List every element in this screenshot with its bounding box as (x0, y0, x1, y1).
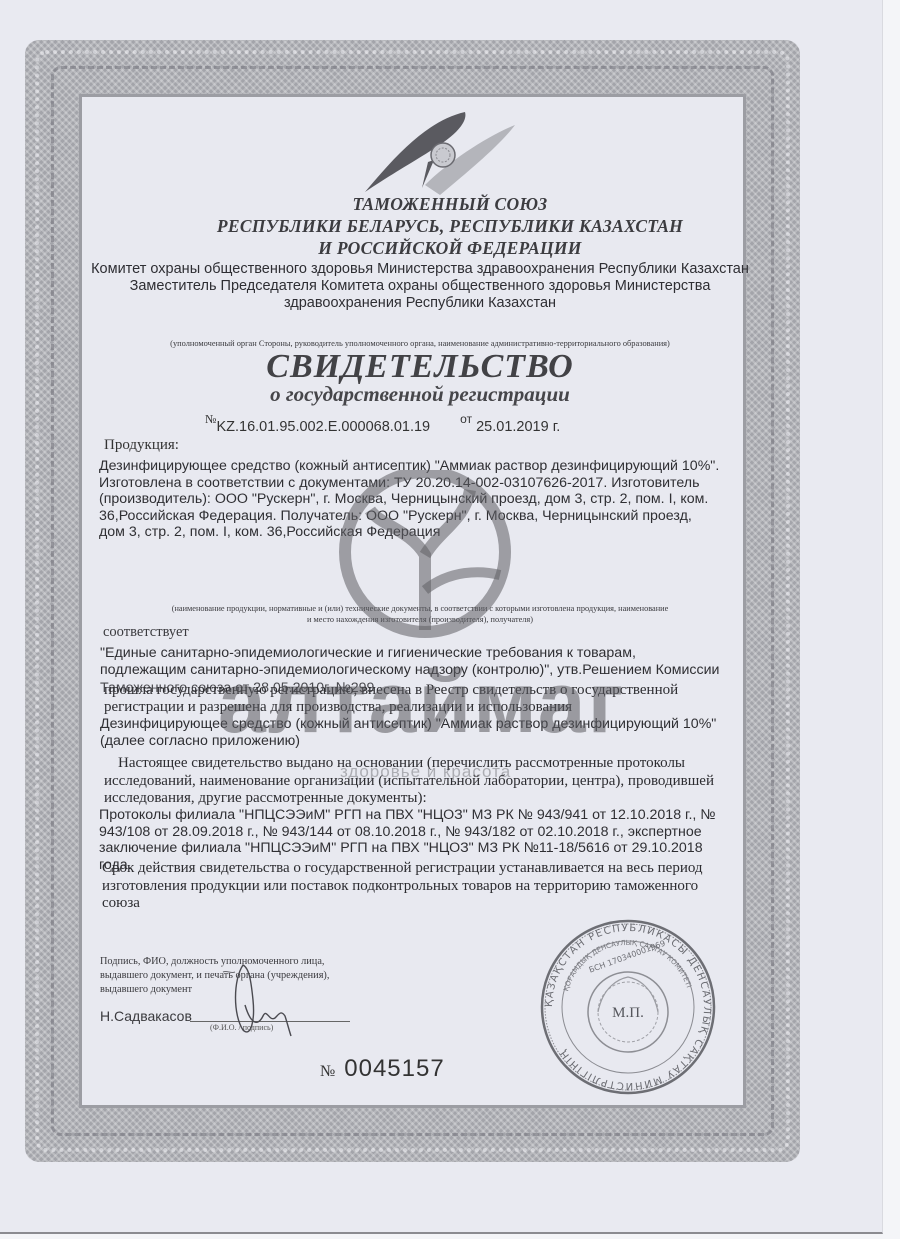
requirements-text: "Единые санитарно-эпидемиологические и г… (100, 645, 750, 678)
product-name-repeat: Дезинфицирующее средство (кожный антисеп… (100, 716, 740, 749)
form-serial-number: №0045157 (320, 1055, 445, 1083)
svg-text:М.П.: М.П. (612, 1005, 644, 1021)
product-caption-line: (наименование продукции, нормативные и (… (100, 603, 740, 614)
number-sign: № (205, 412, 216, 426)
product-caption-line: и место нахождения изготовителя (произво… (100, 614, 740, 625)
product-label: Продукция: (104, 437, 179, 454)
union-line-2: РЕСПУБЛИКИ БЕЛАРУСЬ, РЕСПУБЛИКИ КАЗАХСТА… (160, 215, 740, 237)
registration-number: KZ.16.01.95.002.E.000068.01.19 (216, 419, 430, 435)
customs-union-logo-icon (330, 100, 530, 200)
product-line: (производитель): ООО "Рускерн", г. Москв… (99, 491, 739, 508)
protocol-line: 943/108 от 28.09.2018 г., № 943/144 от 0… (99, 824, 739, 841)
basis-text: Настоящее свидетельство выдано на основа… (104, 755, 744, 808)
product-line: дом 3, стр. 2, пом. I, ком. 36,Российска… (99, 524, 739, 541)
registration-number-line: №KZ.16.01.95.002.E.000068.01.19 от 25.01… (205, 414, 560, 435)
committee-line-3: здравоохранения Республики Казахстан (80, 295, 760, 312)
committee-line-2: Заместитель Председателя Комитета охраны… (80, 278, 760, 295)
union-line-1: ТАМОЖЕННЫЙ СОЮЗ (160, 193, 740, 215)
product-line: 36,Российская Федерация. Получатель: ООО… (99, 508, 739, 525)
validity-line: изготовления продукции или поставок подк… (102, 878, 742, 896)
registration-statement: прошла государственную регистрацию, внес… (104, 682, 744, 716)
requirements-line: подлежащим санитарно-эпидемиологическому… (100, 662, 750, 679)
committee-line-1: Комитет охраны общественного здоровья Ми… (80, 261, 760, 278)
handwritten-signature-icon (215, 960, 305, 1040)
validity-line: Срок действия свидетельства о государств… (102, 860, 742, 878)
product-description: Дезинфицирующее средство (кожный антисеп… (99, 458, 739, 541)
authority-caption: (уполномоченный орган Стороны, руководит… (100, 339, 740, 348)
protocol-line: Протоколы филиала "НПЦСЭЭиМ" РГП на ПВХ … (99, 807, 739, 824)
serial-number: 0045157 (344, 1055, 444, 1082)
validity-line: союза (102, 895, 742, 913)
product-caption: (наименование продукции, нормативные и (… (100, 603, 740, 625)
date-prefix: от (460, 412, 472, 426)
requirements-line: "Единые санитарно-эпидемиологические и г… (100, 645, 750, 662)
validity-period: Срок действия свидетельства о государств… (102, 860, 742, 913)
customs-union-heading: ТАМОЖЕННЫЙ СОЮЗ РЕСПУБЛИКИ БЕЛАРУСЬ, РЕС… (160, 193, 740, 259)
official-seal-icon: ҚАЗАҚСТАН РЕСПУБЛИКАСЫ ДЕНСАУЛЫҚ САҚТАУ … (538, 917, 718, 1097)
signer-name: Н.Садвакасов (100, 1008, 192, 1024)
protocol-line: заключение филиала "НПЦСЭЭиМ" РГП на ПВХ… (99, 840, 739, 857)
registration-line: прошла государственную регистрацию, внес… (104, 682, 744, 699)
product-line: Дезинфицирующее средство (кожный антисеп… (99, 458, 739, 475)
certificate-subtitle: о государственной регистрации (120, 382, 720, 407)
certificate-title: СВИДЕТЕЛЬСТВО (120, 348, 720, 386)
union-line-3: И РОССИЙСКОЙ ФЕДЕРАЦИИ (160, 237, 740, 259)
product-line: Изготовлена в соответствии с документами… (99, 475, 739, 492)
conforms-label: соответствует (103, 624, 189, 641)
product-repeat-line: Дезинфицирующее средство (кожный антисеп… (100, 716, 740, 733)
issuing-authority: Комитет охраны общественного здоровья Ми… (80, 261, 760, 312)
issuance-basis: Настоящее свидетельство выдано на основа… (104, 755, 744, 808)
registration-date: 25.01.2019 г. (476, 419, 560, 435)
product-repeat-line: (далее согласно приложению) (100, 733, 740, 750)
registration-line: регистрации и разрешена для производства… (104, 699, 744, 716)
serial-prefix: № (320, 1063, 336, 1080)
